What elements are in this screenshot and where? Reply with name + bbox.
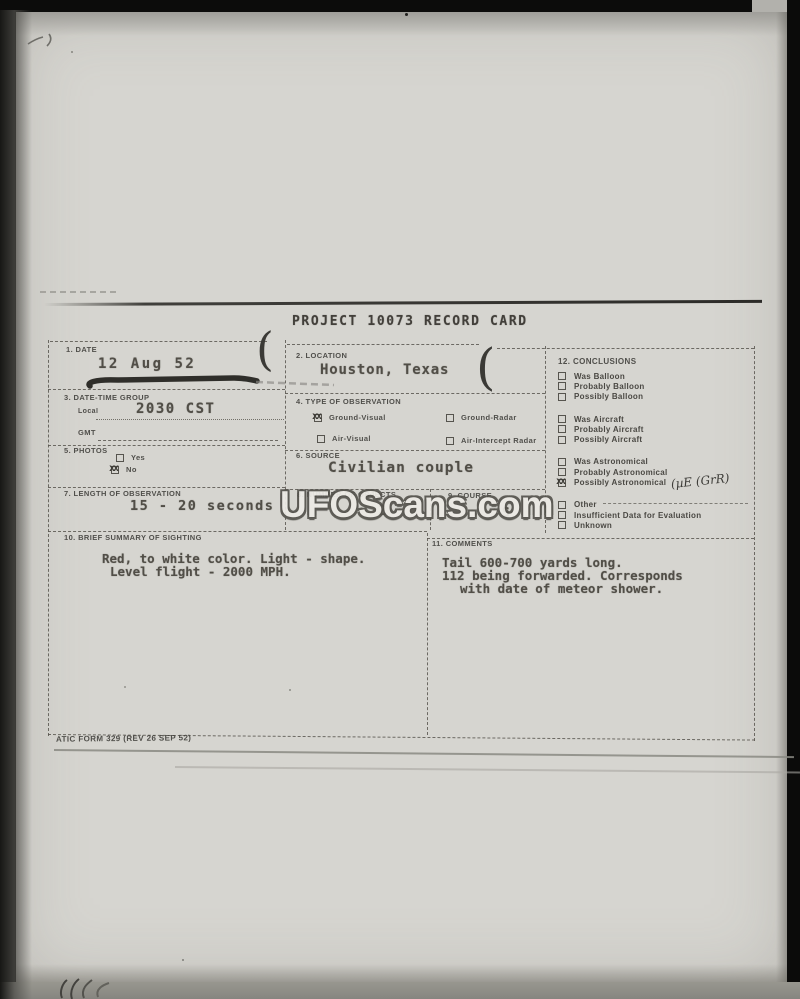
conclusion-option: xx Was Aircraft (558, 414, 754, 424)
gmt-label: GMT (78, 428, 96, 437)
col-divider-summary-comments (427, 533, 428, 735)
option-label: Ground-Radar (461, 413, 517, 422)
conclusion-option: xx Probably Aircraft (558, 424, 754, 434)
conclusion-option: xx Unknown (558, 520, 754, 530)
watermark: UFOScans.com (280, 484, 553, 526)
option-label: Air-Visual (332, 434, 371, 443)
scanned-document-page: PROJECT 10073 RECORD CARD 1. DATE 12 Aug… (0, 0, 800, 999)
conclusion-option: xx Possibly Aircraft (558, 434, 754, 444)
checkbox: xx (558, 511, 566, 519)
conclusion-option: xx Probably Balloon (558, 381, 754, 391)
option-label: Possibly Balloon (574, 392, 643, 401)
row-divider (48, 531, 427, 532)
option-ground-visual: xx Ground-Visual (314, 413, 386, 422)
length-of-observation-label: 7. LENGTH OF OBSERVATION (64, 489, 181, 498)
faint-dashes (40, 291, 118, 293)
checkbox: xx (446, 437, 454, 445)
checkbox: xx (558, 382, 566, 390)
option-label: Was Astronomical (574, 457, 648, 466)
photos-label: 5. PHOTOS (64, 446, 107, 455)
checkbox: xx (558, 372, 566, 380)
speck (71, 51, 73, 53)
option-label: Insufficient Data for Evaluation (574, 511, 701, 520)
date-field-value: 12 Aug 52 (98, 356, 196, 372)
option-photos-no: xx No (111, 465, 137, 474)
option-label: Possibly Aircraft (574, 435, 642, 444)
conclusion-option: xx Insufficient Data for Evaluation (558, 510, 754, 520)
speck (124, 686, 126, 688)
scan-frame-right (787, 0, 800, 999)
checkbox: xx (111, 466, 119, 474)
local-underline (96, 419, 284, 420)
checkbox: xx (558, 393, 566, 401)
paper-top-shadow (16, 12, 788, 36)
other-underline (603, 503, 748, 504)
checkbox: xx (314, 414, 322, 422)
conclusions-label: 12. CONCLUSIONS (558, 357, 636, 366)
option-label: Probably Aircraft (574, 425, 644, 434)
comments-line: with date of meteor shower. (460, 581, 663, 596)
card-border-top-left (50, 341, 267, 342)
checkbox: xx (558, 521, 566, 529)
conclusion-option: xx Was Balloon (558, 371, 754, 381)
row-divider (285, 393, 545, 394)
card-border-right (754, 346, 755, 741)
option-label: Ground-Visual (329, 413, 386, 422)
date-field-label: 1. DATE (66, 345, 97, 354)
option-label: No (126, 465, 137, 474)
option-label: Was Aircraft (574, 415, 624, 424)
option-label: Other (574, 500, 597, 509)
option-air-visual: xx Air-Visual (317, 434, 371, 443)
card-title: PROJECT 10073 RECORD CARD (292, 314, 528, 329)
scan-frame-left (0, 10, 32, 999)
checkbox: xx (558, 425, 566, 433)
location-field-value: Houston, Texas (320, 362, 449, 378)
conclusion-option: xx Possibly Astronomical (µE (GrR) (558, 477, 754, 487)
speck (405, 13, 408, 16)
local-value: 2030 CST (136, 401, 215, 417)
gmt-underline (98, 440, 278, 441)
speck (289, 689, 291, 691)
local-label: Local (78, 408, 98, 415)
conclusion-option: xx Was Astronomical (558, 457, 754, 467)
type-of-observation-label: 4. TYPE OF OBSERVATION (296, 397, 401, 406)
paren-mark: ( (476, 342, 496, 392)
scan-frame-top (0, 0, 752, 12)
row-divider (48, 487, 285, 488)
conclusions-list: xx Was Balloon xx Probably Balloon xx Po… (558, 371, 754, 543)
comments-label: 11. COMMENTS (432, 539, 493, 548)
option-label: Probably Astronomical (574, 468, 668, 477)
checkbox: xx (558, 501, 566, 509)
source-value: Civilian couple (328, 460, 474, 476)
option-photos-yes: xx Yes (116, 453, 145, 462)
option-label: Probably Balloon (574, 382, 645, 391)
form-number: ATIC FORM 329 (REV 26 SEP 52) (56, 733, 191, 743)
checkbox: xx (317, 435, 325, 443)
card-border-left (48, 340, 49, 736)
scan-frame-top-gap (752, 0, 788, 12)
checkbox: xx (116, 454, 124, 462)
summary-label: 10. BRIEF SUMMARY OF SIGHTING (64, 533, 202, 542)
location-field-label: 2. LOCATION (296, 351, 347, 360)
option-label: Air-Intercept Radar (461, 436, 537, 445)
checkbox: xx (558, 415, 566, 423)
paren-mark: ( (256, 326, 274, 372)
paper-bottom-shadow (16, 964, 788, 982)
pen-mark (26, 32, 54, 50)
option-air-intercept-radar: xx Air-Intercept Radar (446, 436, 537, 445)
speck (182, 959, 184, 961)
length-of-observation-value: 15 - 20 seconds (130, 498, 274, 514)
checkbox: xx (446, 414, 454, 422)
checkbox: xx (558, 479, 566, 487)
option-ground-radar: xx Ground-Radar (446, 413, 517, 422)
pen-scribbles (56, 978, 128, 999)
option-label: Possibly Astronomical (574, 478, 666, 487)
summary-line: Level flight - 2000 MPH. (110, 564, 291, 579)
checkbox: xx (558, 458, 566, 466)
option-label: Was Balloon (574, 372, 625, 381)
option-label: Yes (131, 453, 145, 462)
checkbox: xx (558, 436, 566, 444)
scribble-mark (84, 372, 340, 392)
conclusion-option: xx Other (558, 500, 754, 510)
card-border-top-right (497, 348, 754, 349)
source-label: 6. SOURCE (296, 451, 340, 460)
conclusion-option: xx Possibly Balloon (558, 392, 754, 402)
option-label: Unknown (574, 521, 612, 530)
card-border-top-mid (287, 344, 479, 345)
